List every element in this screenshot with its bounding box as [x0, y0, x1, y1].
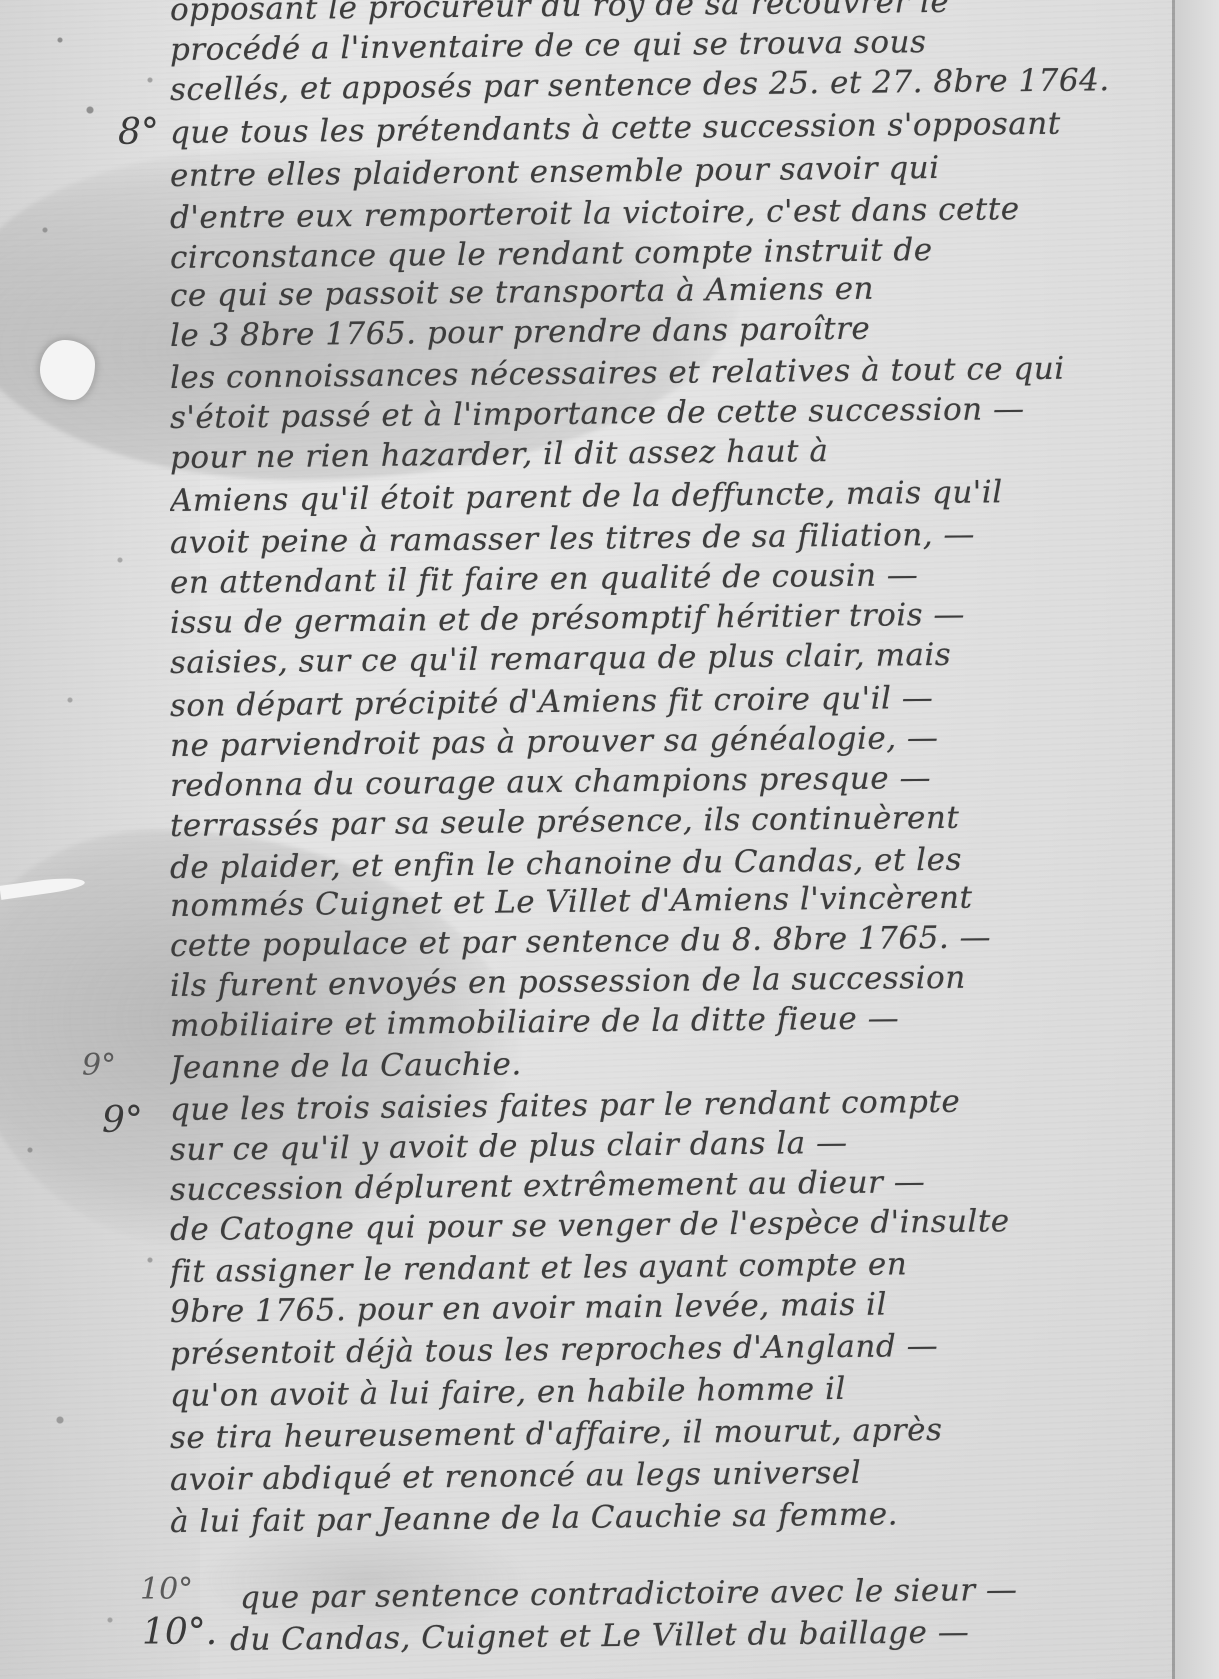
text-line-34: présentoit déjà tous les reproches d'Ang…: [170, 1326, 1160, 1372]
text-line-31: de Catogne qui pour se venger de l'espèc…: [170, 1202, 1160, 1248]
text-line-25: ils furent envoyés en possession de la s…: [170, 958, 1160, 1004]
text-line-27: Jeanne de la Cauchie.: [170, 1040, 1160, 1086]
text-line-11: s'étoit passé et à l'importance de cette…: [170, 390, 1160, 436]
text-line-24: cette populace et par sentence du 8. 8br…: [170, 918, 1160, 964]
text-line-3: scellés, et apposés par sentence des 25.…: [170, 62, 1160, 108]
page-fold-line: [1172, 0, 1175, 1679]
text-line-17: saisies, sur ce qu'il remarqua de plus c…: [170, 635, 1160, 681]
manuscript-page: 8° 9° 9° 10° 10°. opposant le procureur …: [0, 0, 1219, 1679]
text-line-38: à lui fait par Jeanne de la Cauchie sa f…: [170, 1494, 1160, 1540]
text-line-13: Amiens qu'il étoit parent de la deffunct…: [170, 473, 1160, 519]
text-line-9: le 3 8bre 1765. pour prendre dans paroît…: [170, 308, 1160, 354]
text-line-5: entre elles plaideront ensemble pour sav…: [170, 148, 1160, 194]
text-line-29: sur ce qu'il y avoit de plus clair dans …: [170, 1122, 1160, 1168]
margin-number-8: 8°: [118, 112, 159, 153]
paper-hole: [40, 340, 95, 400]
text-line-32: fit assigner le rendant et les ayant com…: [170, 1244, 1160, 1290]
text-line-26: mobiliaire et immobiliaire de la ditte f…: [170, 998, 1160, 1044]
text-line-36: se tira heureusement d'affaire, il mouru…: [170, 1410, 1160, 1456]
text-line-2: procédé a l'inventaire de ce qui se trou…: [170, 22, 1160, 68]
text-line-37: avoir abdiqué et renoncé au legs univers…: [170, 1452, 1160, 1498]
text-line-33: 9bre 1765. pour en avoir main levée, mai…: [170, 1284, 1160, 1330]
margin-number-9: 9°: [102, 1100, 143, 1141]
margin-number-9-faint: 9°: [82, 1048, 116, 1083]
text-line-40: du Candas, Cuignet et Le Villet du baill…: [230, 1612, 1219, 1658]
text-line-8: ce qui se passoit se transporta à Amiens…: [170, 268, 1160, 314]
text-line-21: terrassés par sa seule présence, ils con…: [170, 798, 1160, 844]
text-line-10: les connoissances nécessaires et relativ…: [170, 350, 1160, 396]
text-line-39: que par sentence contradictoire avec le …: [240, 1570, 1219, 1616]
text-line-15: en attendant il fit faire en qualité de …: [170, 555, 1160, 601]
adjacent-page-edge: [1175, 0, 1219, 1679]
text-line-30: succession déplurent extrêmement au dieu…: [170, 1162, 1160, 1208]
paper-tear: [0, 874, 86, 900]
text-line-18: son départ précipité d'Amiens fit croire…: [170, 678, 1160, 724]
margin-number-10-faint: 10°: [140, 1572, 193, 1607]
text-line-16: issu de germain et de présomptif héritie…: [170, 595, 1160, 641]
text-line-28: que les trois saisies faites par le rend…: [170, 1082, 1160, 1128]
text-line-4: que tous les prétendants à cette success…: [170, 105, 1160, 151]
text-line-23: nommés Cuignet et Le Villet d'Amiens l'v…: [170, 878, 1160, 924]
text-line-12: pour ne rien hazarder, il dit assez haut…: [170, 430, 1160, 476]
text-line-19: ne parviendroit pas à prouver sa généalo…: [170, 718, 1160, 764]
text-line-20: redonna du courage aux champions presque…: [170, 758, 1160, 804]
text-line-35: qu'on avoit à lui faire, en habile homme…: [170, 1368, 1160, 1414]
text-line-14: avoit peine à ramasser les titres de sa …: [170, 515, 1160, 561]
text-line-6: d'entre eux remporteroit la victoire, c'…: [170, 190, 1160, 236]
margin-number-10: 10°.: [142, 1612, 217, 1653]
